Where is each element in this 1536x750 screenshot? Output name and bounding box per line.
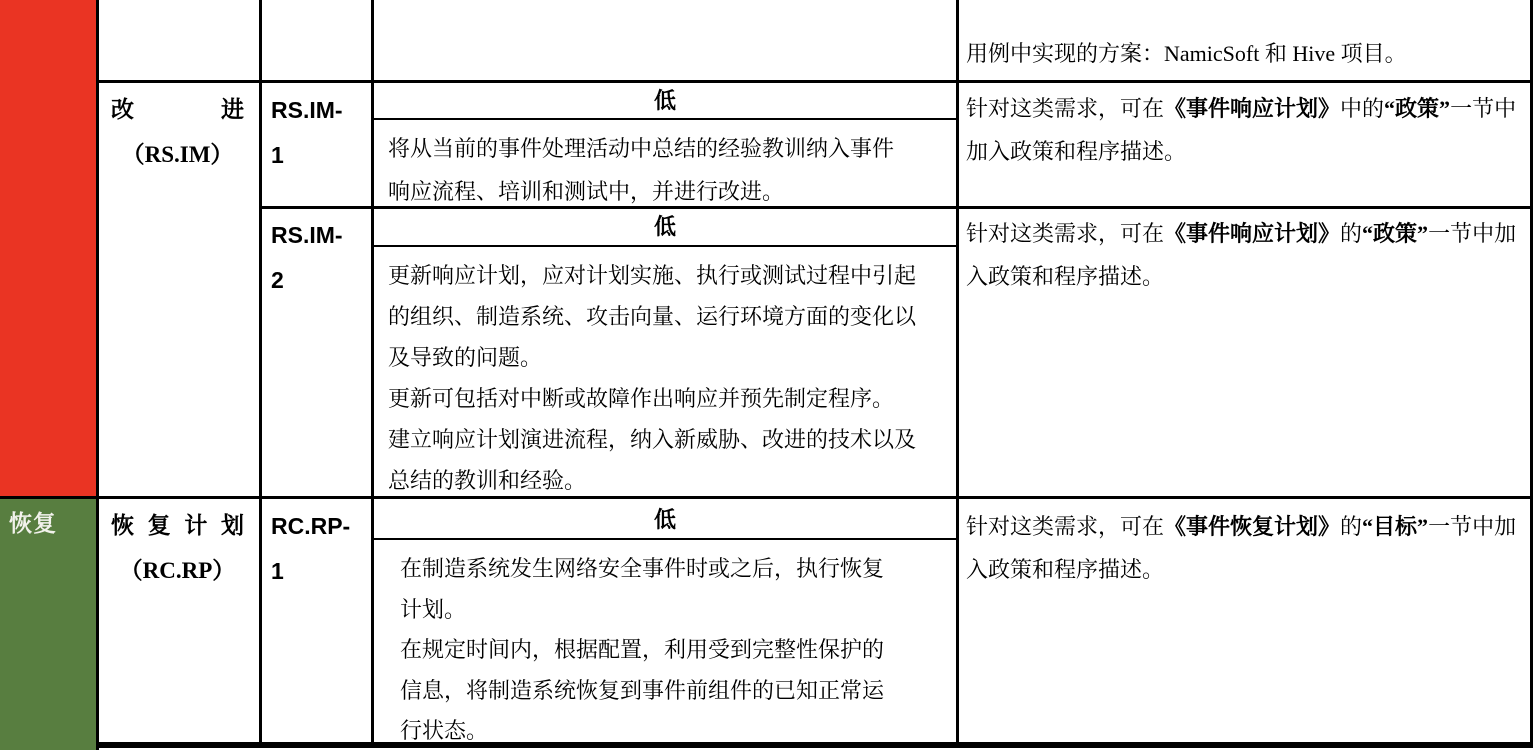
priority-rc-rp-1: 低 <box>374 499 956 538</box>
description-rc-rp-1: 在制造系统发生网络安全事件时或之后，执行恢复 计划。 在规定时间内，根据配置，利… <box>374 540 956 750</box>
category-rs-im-code: （RS.IM） <box>99 132 256 177</box>
table-border-v5 <box>1530 0 1533 744</box>
guidance-rs-im-2: 针对这类需求，可在《事件响应计划》的“政策”一节中加入政策和程序描述。 <box>966 212 1526 298</box>
category-rc-rp-name: 恢 复 计 划 <box>99 503 256 548</box>
table-border-v4 <box>956 0 959 744</box>
recover-function-band: 恢复 <box>0 499 96 750</box>
respond-function-band <box>0 0 96 496</box>
framework-table-page: 恢复 用例中实现的方案：NamicSoft 和 Hive 项目。 改 进 （RS… <box>0 0 1536 750</box>
priority-rs-im-2: 低 <box>374 206 956 245</box>
description-rs-im-1: 将从当前的事件处理活动中总结的经验教训纳入事件 响应流程、培训和测试中，并进行改… <box>374 119 956 213</box>
category-rs-im: 改 进 （RS.IM） <box>99 87 256 177</box>
guidance-rc-rp-1: 针对这类需求，可在《事件恢复计划》的“目标”一节中加入政策和程序描述。 <box>966 505 1526 591</box>
description-rs-im-2: 更新响应计划，应对计划实施、执行或测试过程中引起 的组织、制造系统、攻击向量、运… <box>374 246 956 501</box>
top-row-guidance: 用例中实现的方案：NamicSoft 和 Hive 项目。 <box>966 36 1526 72</box>
guidance-rs-im-1: 针对这类需求，可在《事件响应计划》中的“政策”一节中加入政策和程序描述。 <box>966 87 1526 173</box>
subcategory-id-rs-im-2: RS.IM- 2 <box>263 213 365 303</box>
category-rc-rp: 恢 复 计 划 （RC.RP） <box>99 503 256 593</box>
priority-rs-im-1: 低 <box>374 80 956 118</box>
recover-band-label: 恢复 <box>0 499 96 538</box>
subcategory-id-rs-im-1: RS.IM- 1 <box>263 88 365 178</box>
table-border-v2 <box>259 0 262 744</box>
category-rc-rp-code: （RC.RP） <box>99 548 256 593</box>
subcategory-id-rc-rp-1: RC.RP- 1 <box>263 504 365 594</box>
category-rs-im-name: 改 进 <box>99 87 256 132</box>
